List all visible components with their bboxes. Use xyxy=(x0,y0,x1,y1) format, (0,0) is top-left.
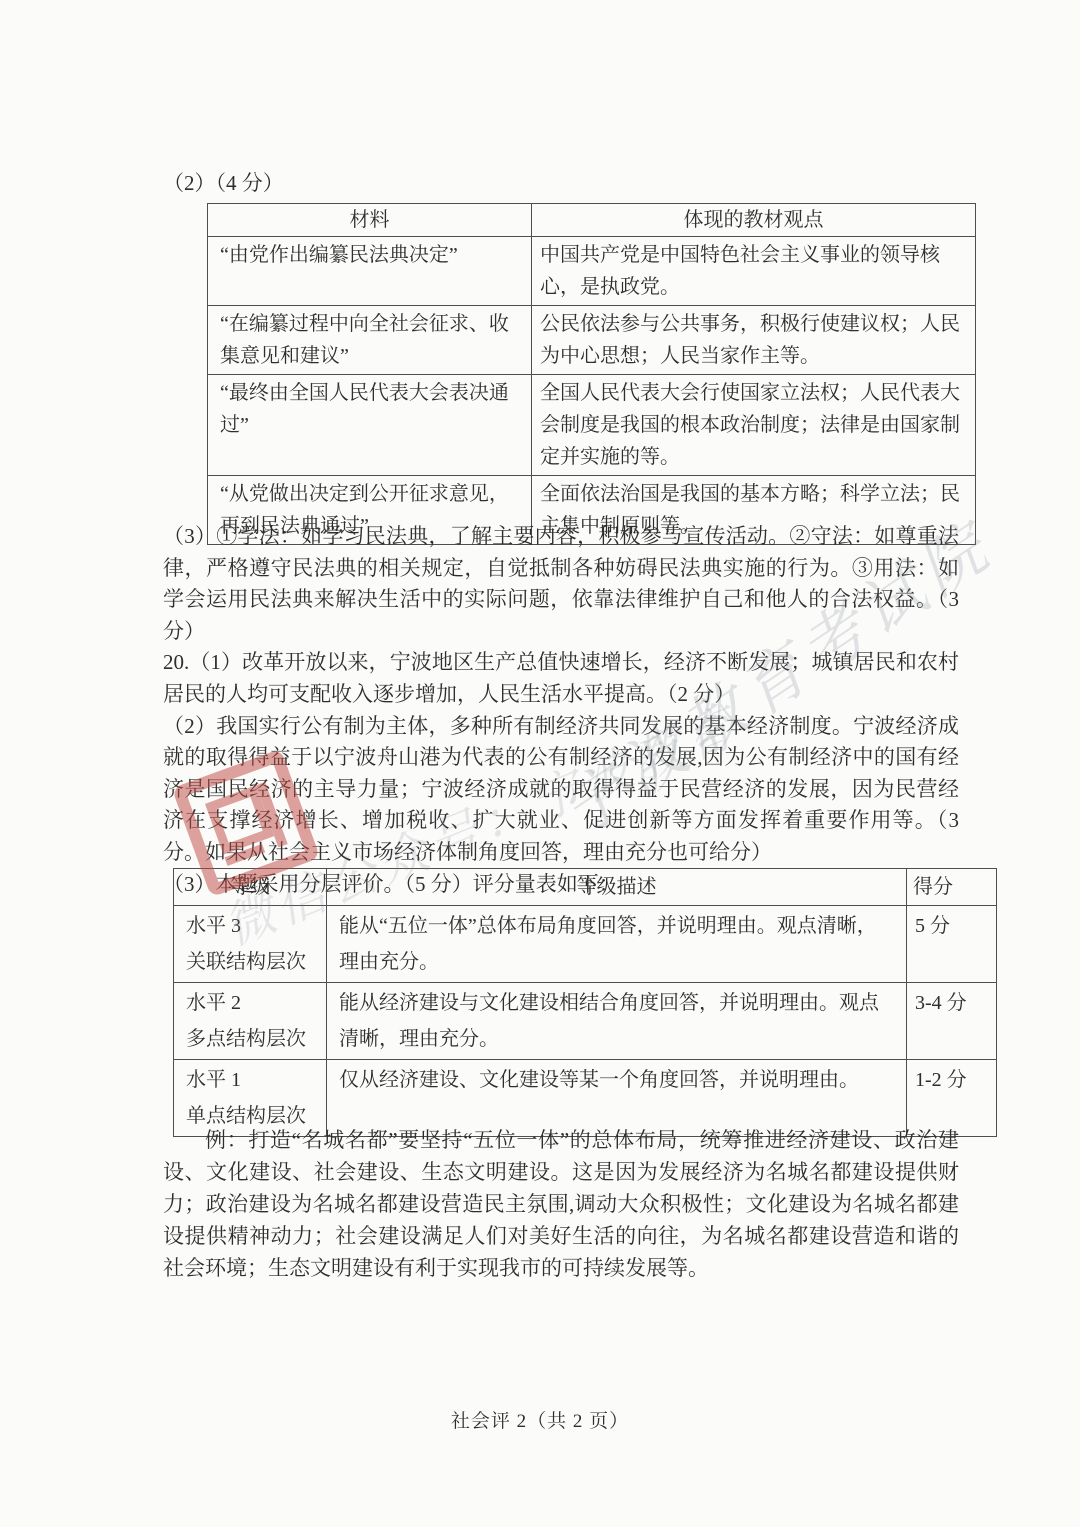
level-name: 水平 2 xyxy=(186,985,320,1021)
material-cell: “在编纂过程中向全社会征求、收集意见和建议” xyxy=(208,306,532,375)
viewpoint-cell: 公民依法参与公共事务，积极行使建议权；人民为中心思想；人民当家作主等。 xyxy=(532,306,976,375)
answer2-score-heading: （2）（4 分） xyxy=(163,170,284,196)
answer3-paragraph: （3）①学法：如学习民法典，了解主要内容，积极参与宣传活动。②守法：如尊重法律，… xyxy=(163,521,959,647)
viewpoint-cell: 中国共产党是中国特色社会主义事业的领导核心，是执政党。 xyxy=(532,237,976,306)
level-cell: 水平 3 关联结构层次 xyxy=(174,906,327,983)
table-row: 水平 3 关联结构层次 能从“五位一体”总体布局角度回答，并说明理由。观点清晰，… xyxy=(174,906,997,983)
answer-paragraphs: （3）①学法：如学习民法典，了解主要内容，积极参与宣传活动。②守法：如尊重法律，… xyxy=(163,521,959,900)
viewpoint-cell: 全国人民代表大会行使国家立法权；人民代表大会制度是我国的根本政治制度；法律是由国… xyxy=(532,375,976,476)
q20-part1-paragraph: 20.（1）改革开放以来，宁波地区生产总值快速增长，经济不断发展；城镇居民和农村… xyxy=(163,647,959,710)
table-header-row: 等级 等级描述 得分 xyxy=(174,869,997,906)
score-cell: 5 分 xyxy=(907,906,997,983)
rubric-table: 等级 等级描述 得分 水平 3 关联结构层次 能从“五位一体”总体布局角度回答，… xyxy=(173,868,997,1137)
level-cell: 水平 2 多点结构层次 xyxy=(174,983,327,1060)
level-name: 水平 1 xyxy=(186,1062,320,1098)
scanned-answer-key-page: （2）（4 分） 材料 体现的教材观点 “由党作出编纂民法典决定” 中国共产党是… xyxy=(0,0,1080,1527)
level-structure: 多点结构层次 xyxy=(186,1021,320,1057)
q20-part2-paragraph: （2）我国实行公有制为主体，多种所有制经济共同发展的基本经济制度。宁波经济成就的… xyxy=(163,711,959,869)
table-row: “最终由全国人民代表大会表决通过” 全国人民代表大会行使国家立法权；人民代表大会… xyxy=(208,375,976,476)
column-header-level: 等级 xyxy=(174,869,327,906)
example-answer-paragraph: 例：打造“名城名都”要坚持“五位一体”的总体布局，统筹推进经济建设、政治建设、文… xyxy=(163,1124,959,1284)
level-structure: 关联结构层次 xyxy=(186,944,320,980)
column-header-viewpoint: 体现的教材观点 xyxy=(532,204,976,237)
description-cell: 能从“五位一体”总体布局角度回答，并说明理由。观点清晰，理由充分。 xyxy=(327,906,907,983)
page-footer: 社会评 2（共 2 页） xyxy=(0,1406,1080,1433)
score-cell: 3-4 分 xyxy=(907,983,997,1060)
materials-table: 材料 体现的教材观点 “由党作出编纂民法典决定” 中国共产党是中国特色社会主义事… xyxy=(207,203,976,545)
material-cell: “由党作出编纂民法典决定” xyxy=(208,237,532,306)
column-header-score: 得分 xyxy=(907,869,997,906)
description-cell: 能从经济建设与文化建设相结合角度回答，并说明理由。观点清晰，理由充分。 xyxy=(327,983,907,1060)
material-cell: “最终由全国人民代表大会表决通过” xyxy=(208,375,532,476)
column-header-material: 材料 xyxy=(208,204,532,237)
table-row: “由党作出编纂民法典决定” 中国共产党是中国特色社会主义事业的领导核心，是执政党… xyxy=(208,237,976,306)
table-row: “在编纂过程中向全社会征求、收集意见和建议” 公民依法参与公共事务，积极行使建议… xyxy=(208,306,976,375)
level-name: 水平 3 xyxy=(186,908,320,944)
table-row: 水平 2 多点结构层次 能从经济建设与文化建设相结合角度回答，并说明理由。观点清… xyxy=(174,983,997,1060)
table-header-row: 材料 体现的教材观点 xyxy=(208,204,976,237)
column-header-description: 等级描述 xyxy=(327,869,907,906)
